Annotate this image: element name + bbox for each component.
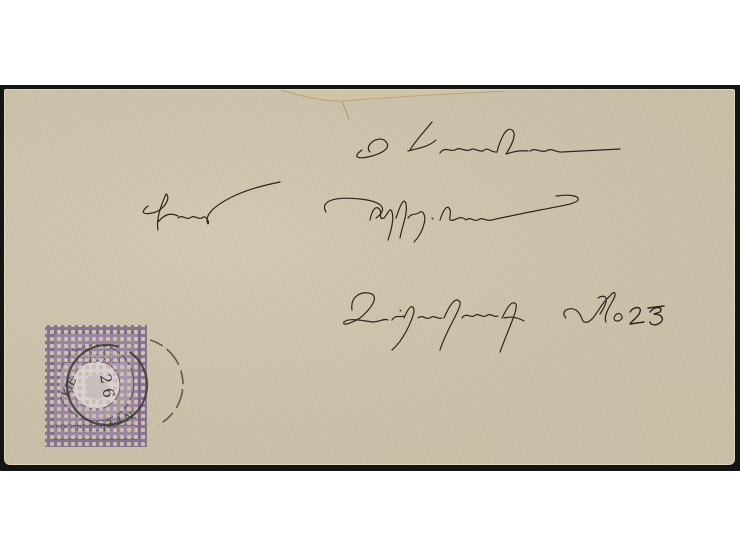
envelope-flap-crease <box>4 89 735 129</box>
stamp-denomination: 1/4 GROSCHEN <box>55 425 119 433</box>
postage-stamp: DEUTSCHE REICHS-POST 1/4 GROSCHEN <box>45 325 147 447</box>
stamp-top-inscription: DEUTSCHE REICHS-POST <box>65 349 147 365</box>
